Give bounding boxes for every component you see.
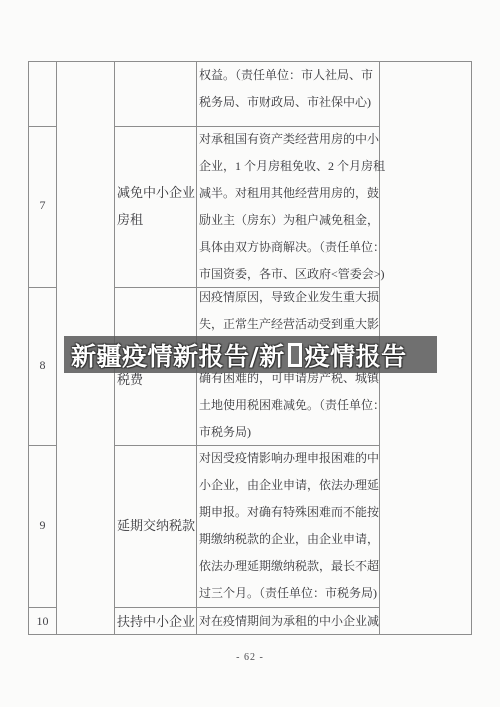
row-number-cell: 10 bbox=[29, 608, 56, 635]
missing-glyph-box-icon bbox=[288, 343, 302, 367]
text-line: 具体由双方协商解决。（责任单位： bbox=[199, 234, 379, 261]
table-grid-line bbox=[29, 126, 57, 127]
text-line: 权益。（责任单位：市人社局、市 bbox=[199, 62, 379, 89]
banner-text-after: 疫情报告 bbox=[305, 337, 407, 373]
text-line: 励业主（房东）为租户减免租金， bbox=[199, 207, 379, 234]
text-line: 过三个月。（责任单位：市税务局) bbox=[199, 580, 379, 607]
text-line: 失，正常生产经营活动受到重大影 bbox=[199, 311, 379, 338]
policy-description-cell: 权益。（责任单位：市人社局、市 税务局、市财政局、市社保中心) bbox=[199, 62, 379, 116]
overlay-banner: 新疆疫情新报告/新 疫情报告 bbox=[64, 336, 437, 373]
text-line: 土地使用税困难减免。（责任单位： bbox=[199, 392, 379, 419]
table-grid-line bbox=[56, 62, 57, 634]
text-line: 延期交纳税款 bbox=[117, 512, 194, 539]
text-line: 期申报。对确有特殊困难而不能按 bbox=[199, 499, 379, 526]
policy-name-cell: 扶持中小企业 bbox=[117, 608, 194, 635]
policy-name-cell: 延期交纳税款 bbox=[117, 512, 194, 539]
policy-description-cell: 对承租国有资产类经营用房的中小 企业，1 个月房租免收、2 个月房租 减半。对租… bbox=[199, 126, 379, 288]
text-line: 市税务局) bbox=[199, 419, 379, 446]
table-grid-line bbox=[29, 287, 57, 288]
policy-description-cell: 对因受疫情影响办理申报困难的中 小企业，由企业申请，依法办理延 期申报。对确有特… bbox=[199, 445, 379, 607]
table-grid-line bbox=[29, 445, 57, 446]
page-number: - 62 - bbox=[0, 652, 500, 663]
text-line: 依法办理延期缴纳税款，最长不超 bbox=[199, 553, 379, 580]
row-number-cell: 8 bbox=[29, 352, 56, 379]
scanned-document-page: 权益。（责任单位：市人社局、市 税务局、市财政局、市社保中心) 7 减免中小企业… bbox=[0, 0, 500, 707]
text-line: 小企业，由企业申请，依法办理延 bbox=[199, 472, 379, 499]
policy-description-cell: 对在疫情期间为承租的中小企业减 bbox=[199, 608, 379, 635]
text-line: 房租 bbox=[117, 206, 194, 233]
policy-name-cell: 减免中小企业 房租 bbox=[117, 179, 194, 233]
text-line: 期缴纳税款的企业，由企业申请， bbox=[199, 526, 379, 553]
text-line: 税务局、市财政局、市社保中心) bbox=[199, 89, 379, 116]
row-number-cell: 9 bbox=[29, 512, 56, 539]
text-line: 减半。对租用其他经营用房的，鼓 bbox=[199, 180, 379, 207]
text-line: 因疫情原因，导致企业发生重大损 bbox=[199, 284, 379, 311]
banner-text-before: 新疆疫情新报告/新 bbox=[71, 337, 285, 373]
row-number-cell: 7 bbox=[29, 192, 56, 219]
text-line: 扶持中小企业 bbox=[117, 608, 194, 635]
text-line: 减免中小企业 bbox=[117, 179, 194, 206]
text-line: 对在疫情期间为承租的中小企业减 bbox=[199, 608, 379, 635]
text-line: 对因受疫情影响办理申报困难的中 bbox=[199, 445, 379, 472]
text-line: 企业，1 个月房租免收、2 个月房租 bbox=[199, 153, 379, 180]
text-line: 对承租国有资产类经营用房的中小 bbox=[199, 126, 379, 153]
